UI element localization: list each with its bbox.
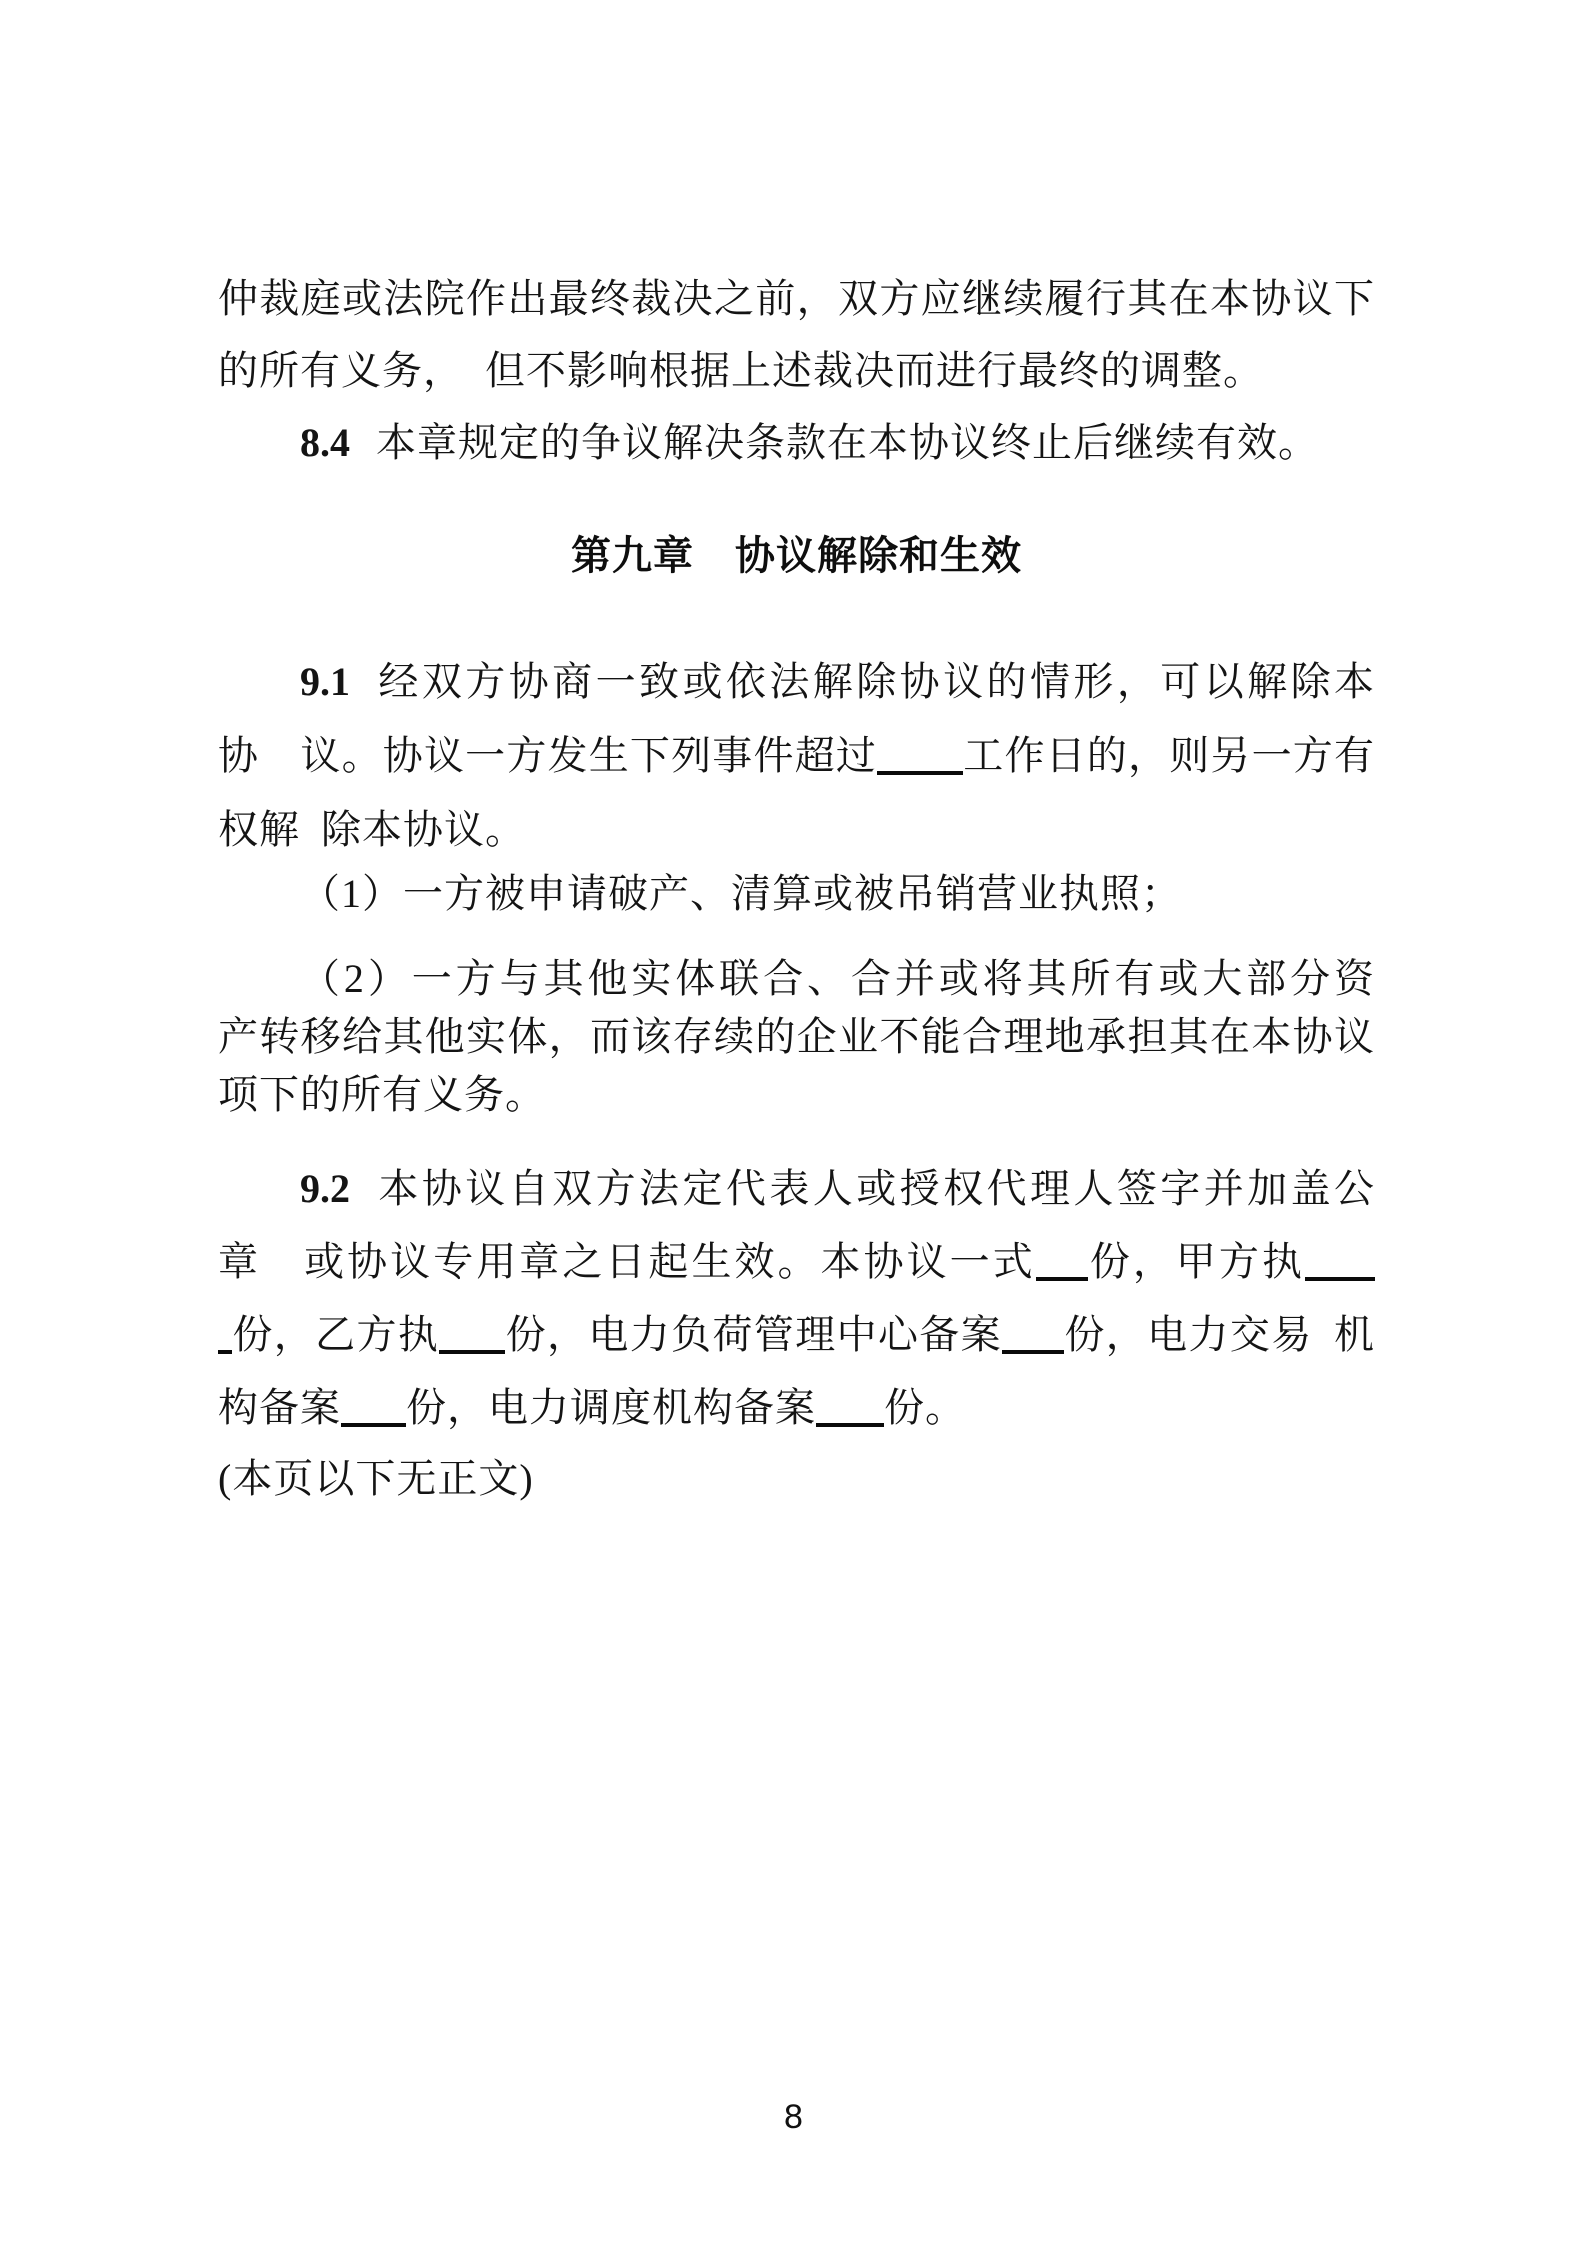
fill-in-blank bbox=[341, 1393, 406, 1427]
text-line: (本页以下无正文) bbox=[218, 1442, 1375, 1516]
clause-number: 9.2 bbox=[300, 1166, 350, 1211]
clause-9-2: 9.2本协议自双方法定代表人或授权代理人签字并加盖公 章 或协议专用章之日起生效… bbox=[218, 1152, 1375, 1444]
clause-text: 经双方协商一致或依法解除协议的情形，可以解除本 bbox=[376, 659, 1375, 704]
clause-text: 份，电力负荷管理中心备案 bbox=[505, 1312, 1002, 1357]
text-line: 权解 除本协议。 bbox=[218, 793, 1375, 867]
text-line: 章 或协议专用章之日起生效。本协议一式份，甲方执 bbox=[218, 1225, 1375, 1298]
text-line: （1）一方被申请破产、清算或被吊销营业执照； bbox=[218, 857, 1375, 931]
clause-8-4: 8.4本章规定的争议解决条款在本协议终止后继续有效。 bbox=[218, 406, 1375, 480]
text-line: 仲裁庭或法院作出最终裁决之前，双方应继续履行其在本协议下 bbox=[218, 263, 1375, 335]
clause-number: 8.4 bbox=[300, 420, 350, 465]
clause-text: 本协议自双方法定代表人或授权代理人签字并加盖公 bbox=[376, 1166, 1375, 1211]
fill-in-blank bbox=[877, 741, 963, 775]
item-1: （1）一方被申请破产、清算或被吊销营业执照； bbox=[218, 857, 1375, 931]
clause-text: 本章规定的争议解决条款在本协议终止后继续有效。 bbox=[376, 420, 1319, 465]
fill-in-blank bbox=[1036, 1247, 1088, 1281]
fill-in-blank bbox=[1002, 1320, 1064, 1354]
text-line: 份，乙方执份，电力负荷管理中心备案份，电力交易 机 bbox=[218, 1298, 1375, 1371]
clause-text: 份，电力交易 机 bbox=[1064, 1312, 1375, 1357]
clause-text: 工作日的，则另一方有 bbox=[963, 733, 1375, 778]
text-line: 8.4本章规定的争议解决条款在本协议终止后继续有效。 bbox=[218, 406, 1375, 480]
item-2: （2）一方与其他实体联合、合并或将其所有或大部分资 产转移给其他实体，而该存续的… bbox=[218, 950, 1375, 1124]
clause-text: 构备案 bbox=[218, 1385, 341, 1430]
clause-text: 协 议。协议一方发生下列事件超过 bbox=[218, 733, 877, 778]
text-line: （2）一方与其他实体联合、合并或将其所有或大部分资 bbox=[218, 950, 1375, 1008]
document-page: 仲裁庭或法院作出最终裁决之前，双方应继续履行其在本协议下 的所有义务， 但不影响… bbox=[0, 0, 1587, 2245]
text-line: 协 议。协议一方发生下列事件超过工作日的，则另一方有 bbox=[218, 719, 1375, 793]
text-line: 的所有义务， 但不影响根据上述裁决而进行最终的调整。 bbox=[218, 335, 1375, 407]
clause-number: 9.1 bbox=[300, 659, 350, 704]
clause-text: 份，乙方执 bbox=[232, 1312, 439, 1357]
page-number: 8 bbox=[0, 2098, 1587, 2137]
clause-text: 份，甲方执 bbox=[1088, 1239, 1305, 1284]
fill-in-blank bbox=[439, 1320, 505, 1354]
clause-9-1: 9.1经双方协商一致或依法解除协议的情形，可以解除本 协 议。协议一方发生下列事… bbox=[218, 645, 1375, 867]
text-line: 构备案份，电力调度机构备案份。 bbox=[218, 1371, 1375, 1444]
fill-in-blank bbox=[218, 1320, 232, 1354]
fill-in-blank bbox=[816, 1393, 884, 1427]
fill-in-blank bbox=[1305, 1247, 1375, 1281]
text-line: 9.2本协议自双方法定代表人或授权代理人签字并加盖公 bbox=[218, 1152, 1375, 1225]
text-line: 项下的所有义务。 bbox=[218, 1066, 1375, 1124]
text-line: 产转移给其他实体，而该存续的企业不能合理地承担其在本协议 bbox=[218, 1008, 1375, 1066]
clause-text: 份，电力调度机构备案 bbox=[406, 1385, 816, 1430]
chapter-9-heading: 第九章 协议解除和生效 bbox=[218, 526, 1375, 586]
clause-text: 章 或协议专用章之日起生效。本协议一式 bbox=[218, 1239, 1036, 1284]
paragraph-arbitration-continuation: 仲裁庭或法院作出最终裁决之前，双方应继续履行其在本协议下 的所有义务， 但不影响… bbox=[218, 263, 1375, 407]
clause-text: 份。 bbox=[884, 1385, 966, 1430]
end-of-text-note: (本页以下无正文) bbox=[218, 1442, 1375, 1516]
text-line: 9.1经双方协商一致或依法解除协议的情形，可以解除本 bbox=[218, 645, 1375, 719]
